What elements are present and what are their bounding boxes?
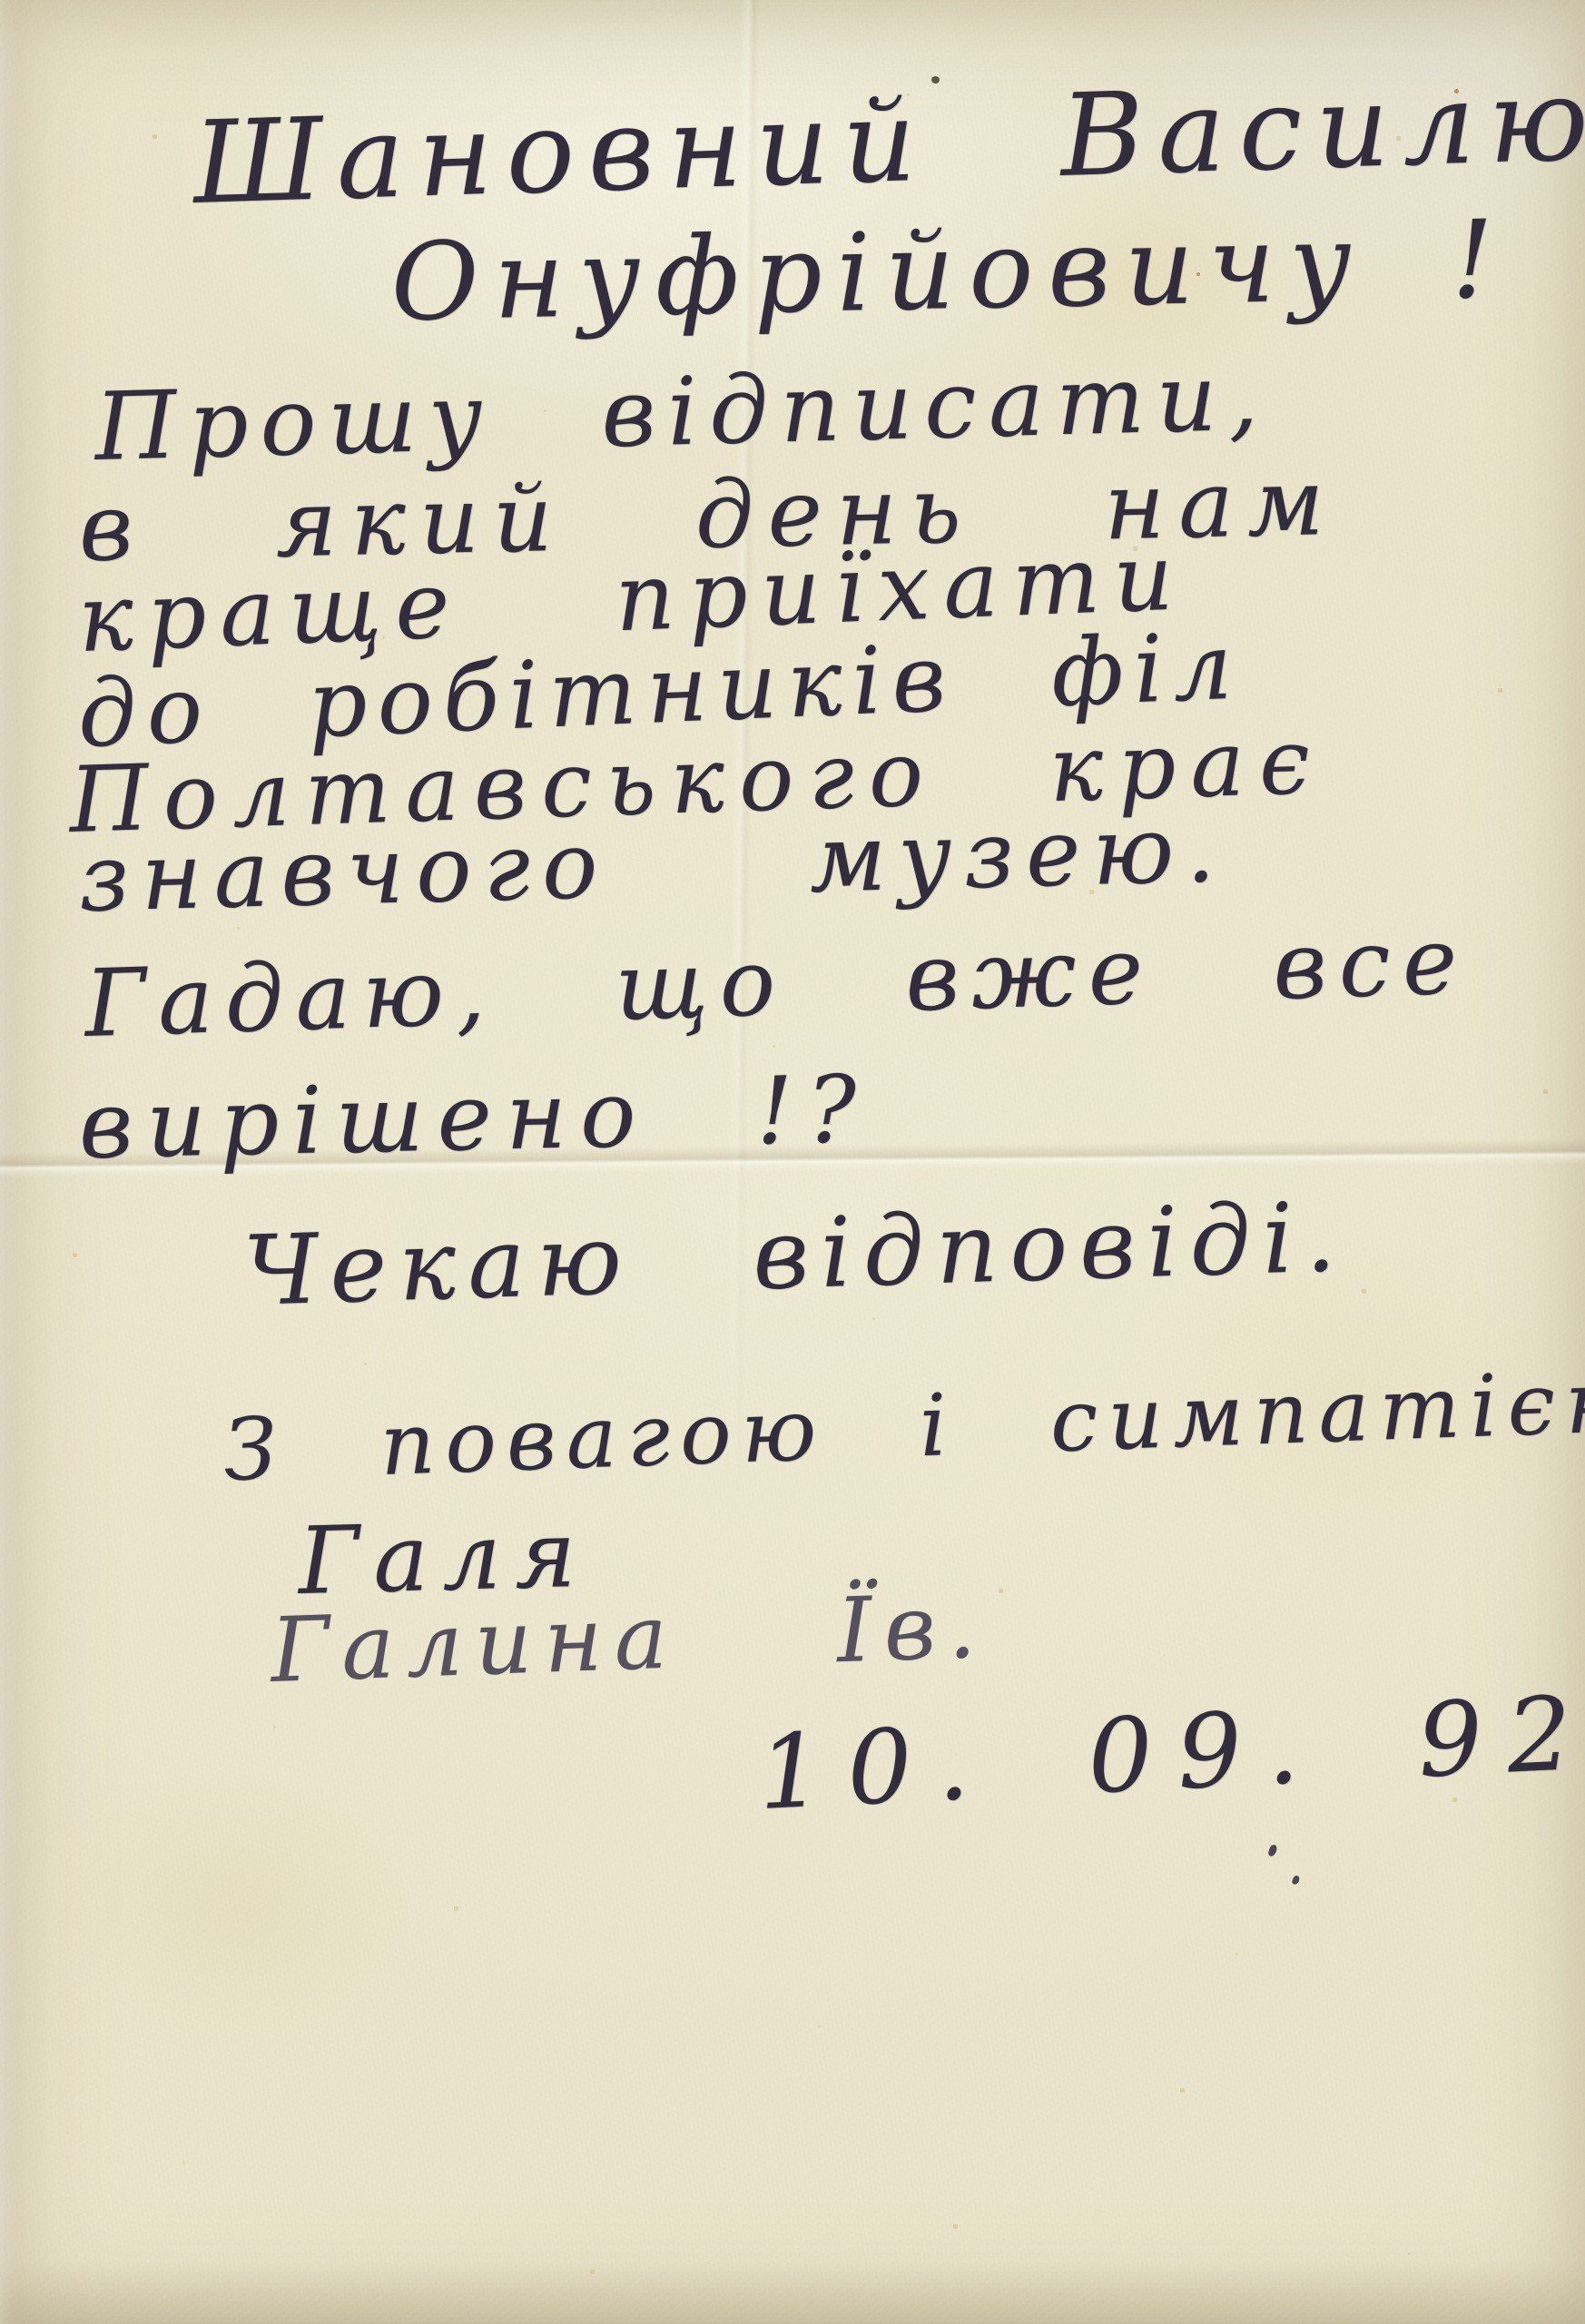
paper-speck [1196, 272, 1200, 276]
paper-speck [1454, 89, 1459, 94]
body-line-7: Гадаю, що вже все [84, 915, 1471, 1051]
closing-line: Чекаю відповіді. [242, 1189, 1349, 1320]
signature-line-2: Галина Їв. [270, 1581, 989, 1696]
date-line: 10. 09. 92 [756, 1682, 1585, 1825]
salutation-line-1: Шановний Василю [192, 63, 1585, 221]
signoff-line: З повагою і симпатією [222, 1359, 1585, 1494]
paper-speck [931, 76, 940, 84]
salutation-line-2: Онуфрійовичу ! [390, 205, 1510, 336]
handwritten-text: Шановний Василю Онуфрійовичу ! Прошу від… [0, 0, 1585, 2324]
letter-page: Шановний Василю Онуфрійовичу ! Прошу від… [0, 0, 1585, 2324]
body-line-6: знавчого музею. [77, 803, 1227, 926]
body-line-8: вирішено !? [78, 1064, 871, 1173]
